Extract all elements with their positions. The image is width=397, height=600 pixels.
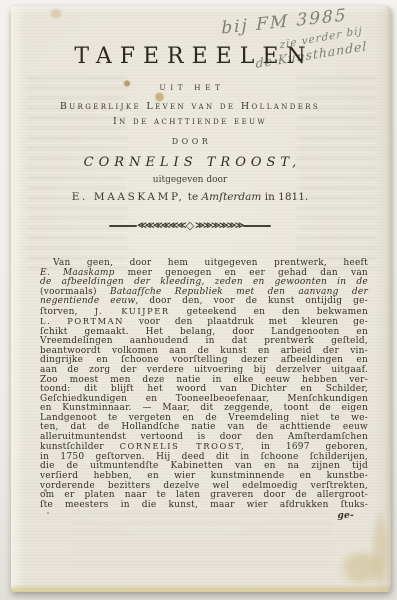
ornament-chevrons-right: ≫≫≫≫≫≫ [195, 221, 243, 231]
text-segment: kunstſchilder [40, 442, 120, 452]
text-segment: verſierd hebben, en wier kunstminnende e… [40, 471, 368, 481]
text-segment: de afbeeldingen der kleeding, zeden en g… [40, 277, 368, 287]
imprint-line: E. MAASKAMP, te Amſterdam in 1811. [25, 191, 355, 203]
text-segment: , door den, voor de kunst ontijdig ge- [135, 296, 368, 306]
ornament-chevrons-left: ≪≪≪≪≪≪ [137, 221, 185, 231]
body-paragraph: Van geen, door hem uitgegeven prentwerk,… [40, 259, 368, 522]
text-segment: dingrijke en ſchoone voorſtelling dezer … [40, 355, 368, 365]
text-segment: toond: dit blijft het woord van Dichter … [40, 384, 368, 394]
body-line: negentiende eeuw, door den, voor de kuns… [40, 297, 368, 307]
text-segment: beantwoordt volkomen aan de kunst en arb… [40, 346, 368, 356]
text-segment: in 1697 geboren, [245, 442, 368, 452]
text-segment: voor den plaatdruk met kleuren ge- [124, 317, 368, 327]
text-segment: Bataafſche Republiek met den aanvang der [110, 287, 368, 297]
text-segment: negentiende eeuw [40, 296, 135, 306]
text-segment: ſchikt gemaakt. Het belang, door Landgen… [40, 327, 368, 337]
text-segment: in 1750 geſtorven. Hij deed dit in ſchoo… [40, 452, 368, 462]
text-segment: die de uitmuntendſte Kabinetten van en n… [40, 461, 368, 471]
text-segment: te [184, 191, 201, 203]
text-segment: E. Maaskamp [40, 268, 115, 278]
publisher-intro: uitgegeven door [25, 175, 355, 185]
text-segment: aan de zorg der verdere uitvoering bij d… [40, 365, 368, 375]
text-segment: Van geen, door hem uitgegeven prentwerk,… [53, 258, 368, 268]
text-segment: en Kunstminnaar. — Maar, dit zeggende, t… [40, 403, 368, 413]
ornament-rule-right [243, 225, 271, 227]
byline-door: DOOR [25, 137, 355, 146]
title-block: TAFEREELEN UIT HET Burgerlijke Leven van… [25, 44, 355, 203]
text-segment: ten, dat de Hollandſche natie van de ach… [40, 422, 368, 432]
page-title: TAFEREELEN [25, 44, 355, 70]
text-segment: alleruitmuntendst vertoond is door den A… [40, 432, 368, 442]
text-segment: meer genoegen en eer gehad dan van [115, 268, 368, 278]
ornament-divider: ≪≪≪≪≪≪ ◇ ≫≫≫≫≫≫ [25, 220, 355, 231]
page-edge-bottom [11, 584, 391, 592]
text-segment: Landgenoot te vergeten en de Vreemdeling… [40, 413, 368, 423]
author-name: CORNELIS TROOST, [25, 155, 355, 170]
text-segment: vorderende bezitters dezelve wel edelmoe… [40, 481, 368, 491]
foxing-stain [49, 9, 63, 18]
text-segment: Zoo moest men deze natie in elke eeuw he… [40, 375, 368, 385]
text-segment: geteekend en den bekwamen [170, 307, 368, 317]
page-edge-right [386, 6, 391, 592]
text-segment: Vreemdelingen aanhoudend in dat prentwer… [40, 336, 368, 346]
text-segment: ſtorven, [40, 307, 95, 317]
text-segment: CORNELIS TROOST, [120, 441, 246, 451]
foxing-stain [337, 552, 385, 584]
scanned-page: bij FM 3985 zie verder bij de Kunsthande… [11, 6, 391, 592]
ornament-diamond: ◇ [186, 220, 194, 231]
text-segment: Geſchiedkundigen en Tooneelbeoefenaar, M… [40, 394, 368, 404]
text-segment: om er platen naar te laten graveren door… [40, 490, 368, 500]
text-segment: L. PORTMAN [40, 316, 124, 326]
ornament-rule-left [109, 225, 137, 227]
text-segment: ſte meesters in die kunst, maar wier afd… [40, 500, 368, 510]
body-lines: Van geen, door hem uitgegeven prentwerk,… [40, 259, 368, 510]
subtitle-uit-het: UIT HET [25, 83, 355, 92]
subtitle-line: Burgerlijke Leven van de Hollanders [25, 101, 355, 112]
text-segment: J. KUIJPER [95, 306, 170, 316]
text-segment: in 1811. [261, 191, 308, 203]
text-segment: Amſterdam [202, 191, 262, 203]
body-line: ſte meesters in die kunst, maar wier afd… [40, 501, 368, 511]
scan-background: bij FM 3985 zie verder bij de Kunsthande… [0, 0, 397, 600]
text-segment: (voormaals) [40, 287, 110, 297]
text-segment: E. MAASKAMP, [72, 191, 185, 203]
subtitle-line: In de achttiende eeuw [25, 116, 355, 127]
catchword: ge- [40, 512, 368, 522]
